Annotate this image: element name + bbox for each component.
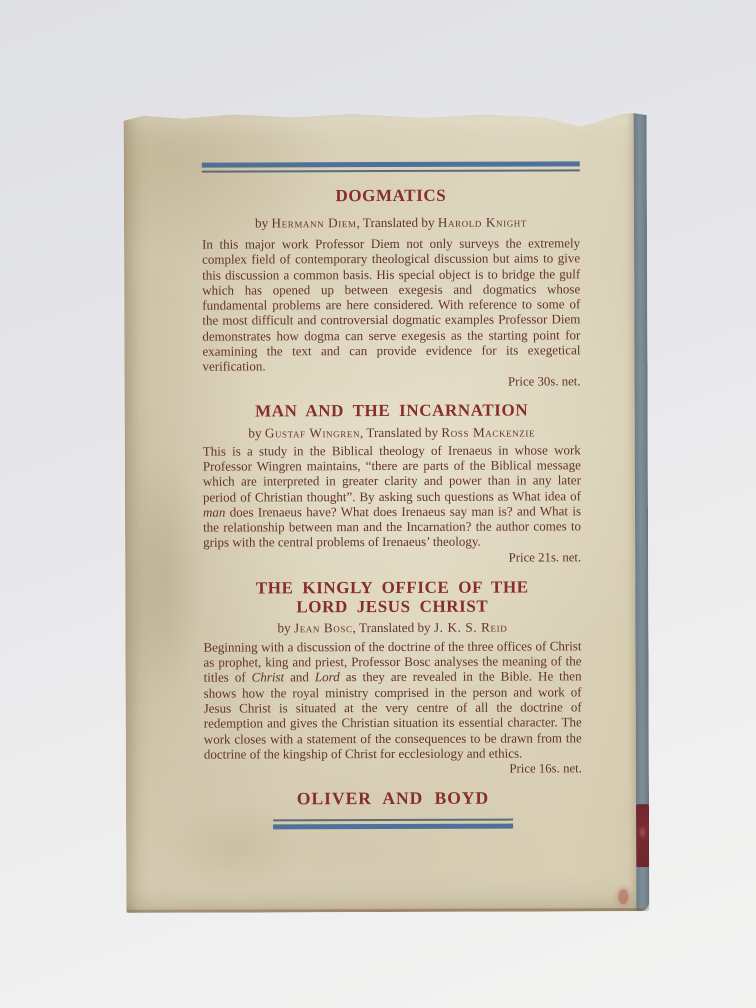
- book-description: This is a study in the Biblical theology…: [203, 442, 581, 550]
- book-title: MAN AND THE INCARNATION: [242, 400, 542, 420]
- author-name: Gustaf Wingren: [265, 425, 360, 440]
- spine-label: [636, 804, 649, 867]
- book: DOGMATICS by Hermann Diem, Translated by…: [124, 111, 650, 913]
- byline-translated-by: , Translated by: [360, 424, 441, 439]
- book-description: Beginning with a discussion of the doctr…: [203, 638, 581, 762]
- book-price: Price 30s. net.: [203, 373, 581, 390]
- byline-translated-by: , Translated by: [353, 620, 434, 635]
- byline-by: by: [255, 215, 272, 230]
- byline-by: by: [248, 425, 265, 440]
- book-title: THE KINGLY OFFICE OF THE LORD JESUS CHRI…: [242, 577, 542, 616]
- author-name: Hermann Diem: [271, 215, 356, 230]
- decorative-rule-top: [202, 161, 580, 172]
- byline-translated-by: , Translated by: [356, 215, 437, 230]
- book-ad-man-and-the-incarnation: MAN AND THE INCARNATION by Gustaf Wingre…: [203, 400, 582, 566]
- book-bottom-edge: [126, 908, 649, 913]
- book-byline: by Gustaf Wingren, Translated by Ross Ma…: [203, 424, 581, 441]
- book-description: In this major work Professor Diem not on…: [202, 235, 580, 374]
- book-ad-dogmatics: DOGMATICS by Hermann Diem, Translated by…: [202, 185, 581, 390]
- book-price: Price 21s. net.: [203, 549, 581, 566]
- jacket-stain: [135, 443, 206, 703]
- book-title: DOGMATICS: [241, 185, 541, 205]
- book-price: Price 16s. net.: [204, 760, 582, 777]
- author-name: Jean Bosc: [294, 620, 353, 635]
- book-byline: by Jean Bosc, Translated by J. K. S. Rei…: [203, 619, 581, 636]
- book-spine-edge: [634, 111, 650, 911]
- publisher-name: OLIVER AND BOYD: [204, 786, 582, 809]
- book-ad-kingly-office: THE KINGLY OFFICE OF THE LORD JESUS CHRI…: [203, 577, 582, 778]
- book-byline: by Hermann Diem, Translated by Harold Kn…: [202, 214, 580, 231]
- decorative-rule-bottom: [273, 819, 513, 830]
- photo-background: DOGMATICS by Hermann Diem, Translated by…: [0, 0, 756, 1008]
- byline-by: by: [277, 620, 294, 635]
- translator-name: Harold Knight: [438, 215, 527, 230]
- red-smudge: [618, 889, 628, 904]
- dust-jacket-back-panel: DOGMATICS by Hermann Diem, Translated by…: [124, 111, 637, 913]
- translator-name: Ross Mackenzie: [441, 424, 535, 439]
- jacket-printed-content: DOGMATICS by Hermann Diem, Translated by…: [202, 161, 582, 829]
- translator-name: J. K. S. Reid: [434, 619, 507, 634]
